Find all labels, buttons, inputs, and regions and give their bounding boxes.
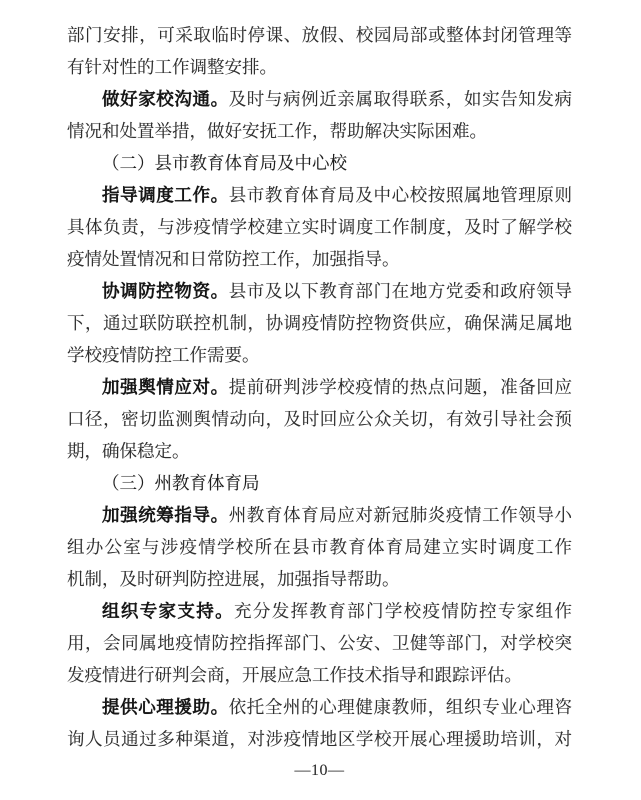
text-line: 有针对性的工作调整安排。	[67, 51, 572, 83]
text-line: 机制，及时研判防控进展，加强指导帮助。	[67, 563, 572, 595]
text-line: 期，确保稳定。	[67, 435, 572, 467]
line-text: 口径，密切监测舆情动向，及时回应公众关切，有效引导社会预	[67, 409, 572, 429]
text-line: 询人员通过多种渠道，对涉疫情地区学校开展心理援助培训，对	[67, 723, 572, 755]
bold-lead: 做好家校沟通。	[102, 89, 229, 109]
text-line: 部门安排，可采取临时停课、放假、校园局部或整体封闭管理等	[67, 19, 572, 51]
line-text: 县市及以下教育部门在地方党委和政府领导	[229, 281, 572, 301]
line-text: 下，通过联防联控机制，协调疫情防控物资供应，确保满足属地	[67, 313, 572, 333]
text-line: 做好家校沟通。及时与病例近亲属取得联系，如实告知发病	[67, 83, 572, 115]
line-text: 学校疫情防控工作需要。	[67, 345, 260, 365]
line-text: （三）州教育体育局	[102, 473, 260, 493]
text-line: 下，通过联防联控机制，协调疫情防控物资供应，确保满足属地	[67, 307, 572, 339]
text-line: 疫情处置情况和日常防控工作，加强指导。	[67, 243, 572, 275]
page-number: —10—	[67, 760, 572, 782]
text-line: 加强统筹指导。州教育体育局应对新冠肺炎疫情工作领导小	[67, 499, 572, 531]
bold-lead: 指导调度工作。	[102, 185, 229, 205]
document-page: 部门安排，可采取临时停课、放假、校园局部或整体封闭管理等有针对性的工作调整安排。…	[0, 0, 641, 800]
line-text: （二）县市教育体育局及中心校	[102, 153, 347, 173]
bold-lead: 协调防控物资。	[102, 281, 229, 301]
text-line: 学校疫情防控工作需要。	[67, 339, 572, 371]
line-text: 机制，及时研判防控进展，加强指导帮助。	[67, 569, 400, 589]
text-line: 情况和处置举措，做好安抚工作，帮助解决实际困难。	[67, 115, 572, 147]
line-text: 有针对性的工作调整安排。	[67, 57, 277, 77]
line-text: 充分发挥教育部门学校疫情防控专家组作	[234, 601, 572, 621]
text-line: 发疫情进行研判会商，开展应急工作技术指导和跟踪评估。	[67, 659, 572, 691]
line-text: 组办公室与涉疫情学校所在县市教育体育局建立实时调度工作	[67, 537, 572, 557]
text-line: 加强舆情应对。提前研判涉学校疫情的热点问题，准备回应	[67, 371, 572, 403]
line-text: 询人员通过多种渠道，对涉疫情地区学校开展心理援助培训，对	[67, 729, 572, 749]
bold-lead: 加强舆情应对。	[102, 377, 229, 397]
line-text: 具体负责，与涉疫情学校建立实时调度工作制度，及时了解学校	[67, 217, 572, 237]
line-text: 及时与病例近亲属取得联系，如实告知发病	[229, 89, 572, 109]
text-line: 用，会同属地疫情防控指挥部门、公安、卫健等部门，对学校突	[67, 627, 572, 659]
line-text: 疫情处置情况和日常防控工作，加强指导。	[67, 249, 400, 269]
line-text: 依托全州的心理健康教师，组织专业心理咨	[229, 697, 572, 717]
text-line: 组办公室与涉疫情学校所在县市教育体育局建立实时调度工作	[67, 531, 572, 563]
text-line: 指导调度工作。县市教育体育局及中心校按照属地管理原则	[67, 179, 572, 211]
text-line: 口径，密切监测舆情动向，及时回应公众关切，有效引导社会预	[67, 403, 572, 435]
bold-lead: 提供心理援助。	[102, 697, 229, 717]
line-text: 用，会同属地疫情防控指挥部门、公安、卫健等部门，对学校突	[67, 633, 572, 653]
line-text: 州教育体育局应对新冠肺炎疫情工作领导小	[229, 505, 572, 525]
line-text: 部门安排，可采取临时停课、放假、校园局部或整体封闭管理等	[67, 25, 572, 45]
bold-lead: 加强统筹指导。	[102, 505, 229, 525]
document-body: 部门安排，可采取临时停课、放假、校园局部或整体封闭管理等有针对性的工作调整安排。…	[67, 19, 572, 755]
bold-lead: 组织专家支持。	[102, 601, 234, 621]
text-line: 提供心理援助。依托全州的心理健康教师，组织专业心理咨	[67, 691, 572, 723]
line-text: 提前研判涉学校疫情的热点问题，准备回应	[229, 377, 572, 397]
text-line: 具体负责，与涉疫情学校建立实时调度工作制度，及时了解学校	[67, 211, 572, 243]
section-heading: （二）县市教育体育局及中心校	[67, 147, 572, 179]
line-text: 期，确保稳定。	[67, 441, 190, 461]
text-line: 组织专家支持。充分发挥教育部门学校疫情防控专家组作	[67, 595, 572, 627]
line-text: 县市教育体育局及中心校按照属地管理原则	[229, 185, 572, 205]
line-text: 情况和处置举措，做好安抚工作，帮助解决实际困难。	[67, 121, 487, 141]
line-text: 发疫情进行研判会商，开展应急工作技术指导和跟踪评估。	[67, 665, 522, 685]
section-heading: （三）州教育体育局	[67, 467, 572, 499]
text-line: 协调防控物资。县市及以下教育部门在地方党委和政府领导	[67, 275, 572, 307]
